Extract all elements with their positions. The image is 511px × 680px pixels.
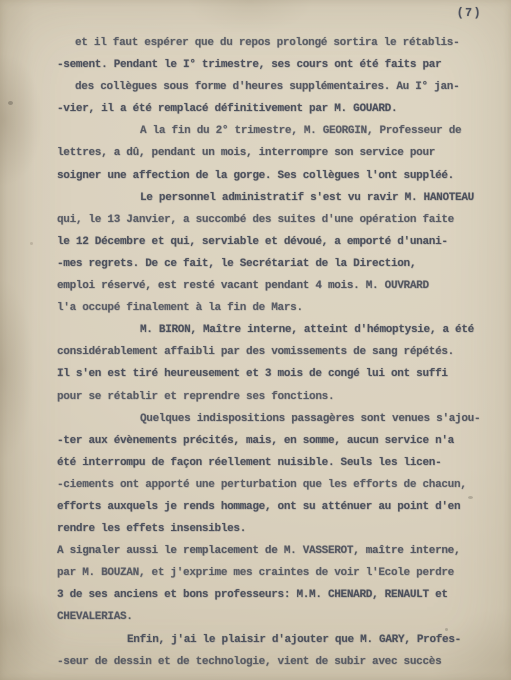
text-line: pour se rétablir et reprendre ses foncti… <box>57 386 511 408</box>
text-line: Quelques indispositions passagères sont … <box>57 408 511 430</box>
page-number: (7) <box>457 6 482 22</box>
text-line: rendre les effets insensibles. <box>57 518 511 540</box>
text-line: Il s'en est tiré heureusement et 3 mois … <box>57 363 511 385</box>
text-line: le 12 Décembre et qui, serviable et dévo… <box>57 231 511 253</box>
document-body: et il faut espérer que du repos prolongé… <box>57 32 511 673</box>
text-line: -seur de dessin et de technologie, vient… <box>57 651 511 673</box>
text-line: CHEVALERIAS. <box>57 606 511 628</box>
text-line: lettres, a dû, pendant un mois, interrom… <box>57 142 511 164</box>
text-line: A la fin du 2° trimestre, M. GEORGIN, Pr… <box>57 120 511 142</box>
text-line: Enfin, j'ai le plaisir d'ajouter que M. … <box>57 629 511 651</box>
text-line: soigner une affection de la gorge. Ses c… <box>57 165 511 187</box>
text-line: et il faut espérer que du repos prolongé… <box>57 32 511 54</box>
text-line: efforts auxquels je rends hommage, ont s… <box>57 496 511 518</box>
text-line: par M. BOUZAN, et j'exprime mes craintes… <box>57 562 511 584</box>
text-line: emploi réservé, est resté vacant pendant… <box>57 275 511 297</box>
paper-speck <box>8 101 13 105</box>
text-line: qui, le 13 Janvier, a succombé des suite… <box>57 209 511 231</box>
text-line: Le personnel administratif s'est vu ravi… <box>57 187 511 209</box>
text-line: 3 de ses anciens et bons professeurs: M.… <box>57 584 511 606</box>
text-line: été interrompu de façon réellement nuisi… <box>57 452 511 474</box>
text-line: -mes regrets. De ce fait, le Secrétariat… <box>57 253 511 275</box>
text-line: -sement. Pendant le I° trimestre, ses co… <box>57 54 511 76</box>
text-line: -vier, il a été remplacé définitivement … <box>57 98 511 120</box>
text-line: A signaler aussi le remplacement de M. V… <box>57 540 511 562</box>
text-line: des collègues sous forme d'heures supplé… <box>57 76 511 98</box>
text-line: -ter aux évènements précités, mais, en s… <box>57 430 511 452</box>
text-line: M. BIRON, Maître interne, atteint d'hémo… <box>57 319 511 341</box>
text-line: considérablement affaibli par des vomiss… <box>57 341 511 363</box>
text-line: -ciements ont apporté une perturbation q… <box>57 474 511 496</box>
paper-speck <box>30 242 33 245</box>
text-line: l'a occupé finalement à la fin de Mars. <box>57 297 511 319</box>
scanned-page: (7) et il faut espérer que du repos prol… <box>0 0 511 680</box>
